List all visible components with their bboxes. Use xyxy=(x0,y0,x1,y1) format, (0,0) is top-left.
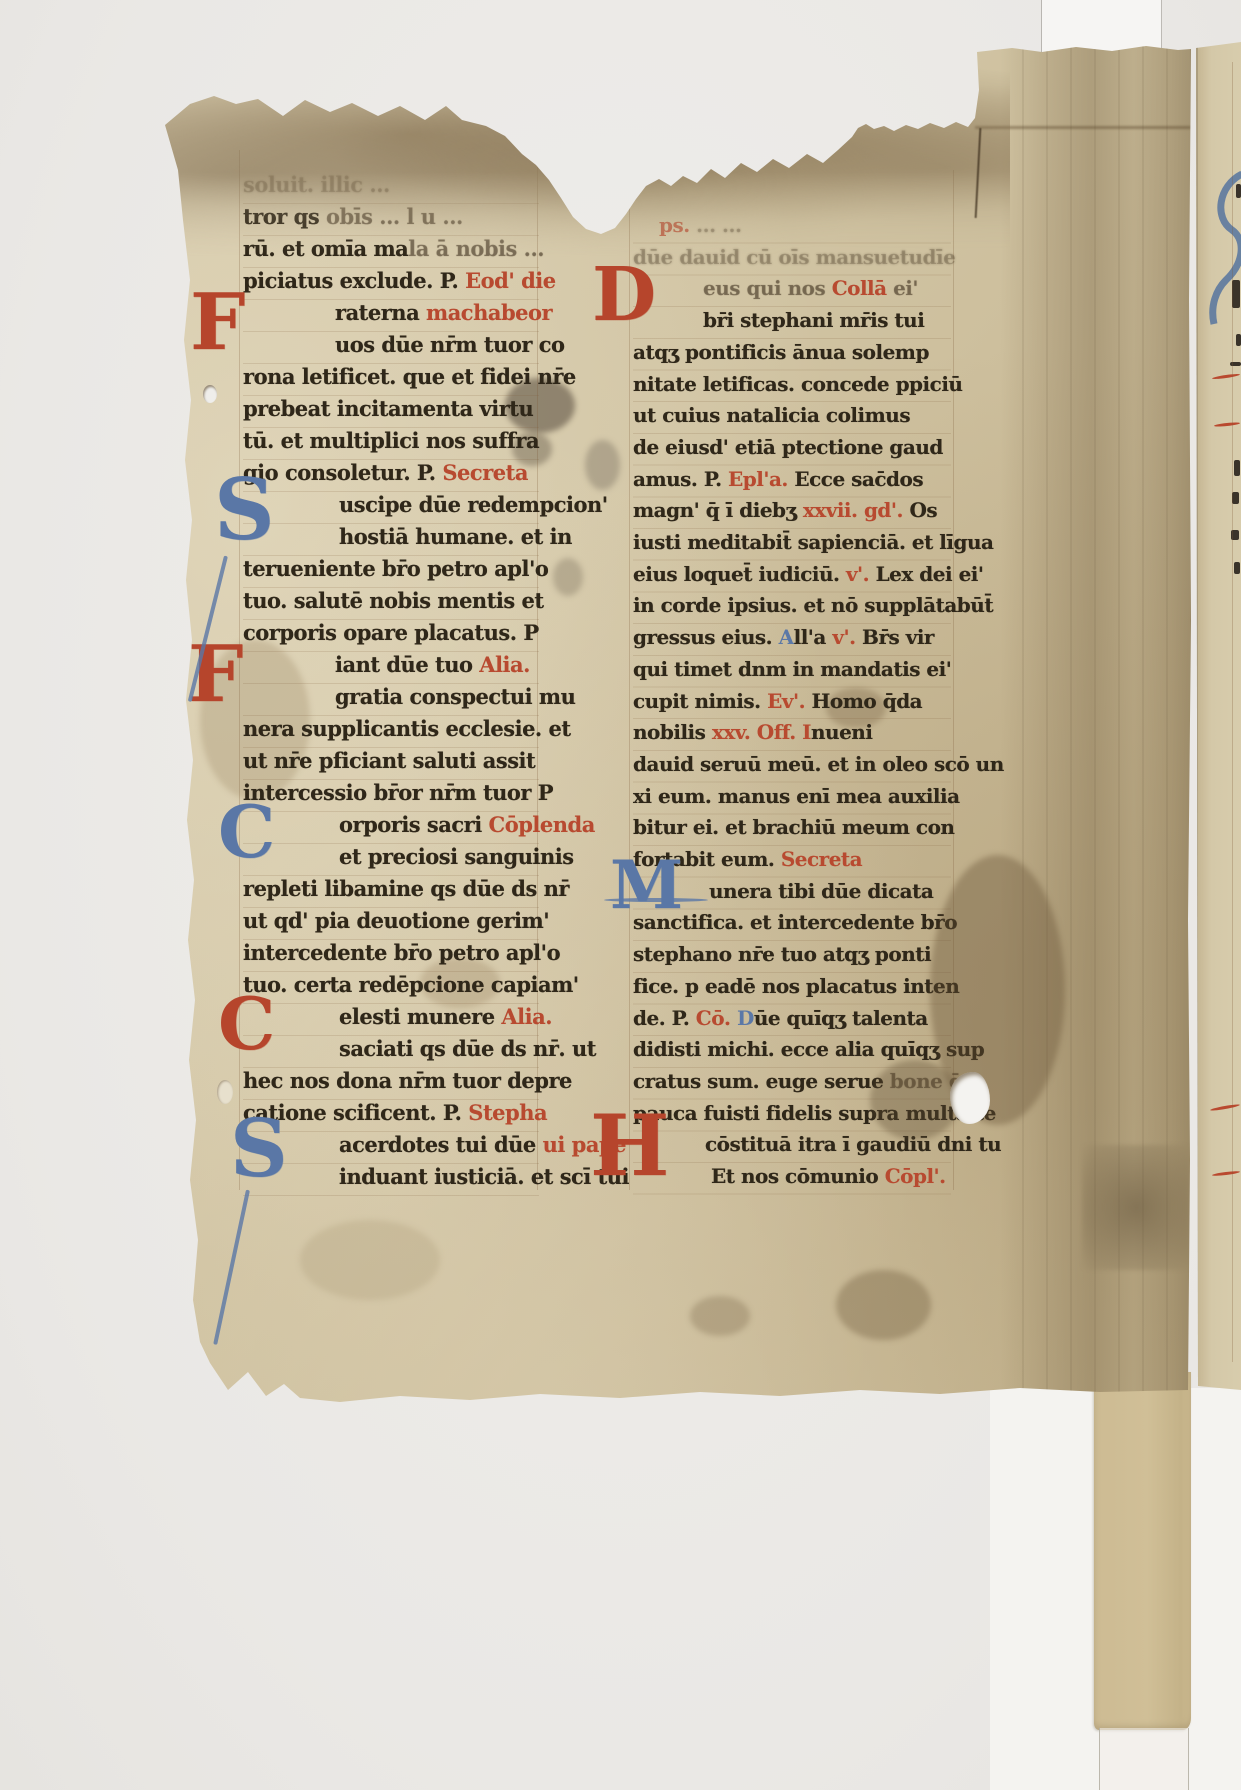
text-line: induant iusticiā. et scī tui xyxy=(339,1164,629,1194)
text-line: tuo. salutē nobis mentis et xyxy=(243,588,544,618)
text-line: orporis sacri Cōplenda xyxy=(339,812,595,842)
body-text: dauid seruū meū. et in oleo scō un xyxy=(633,752,1004,776)
glue-residue-patch xyxy=(1082,1145,1190,1270)
column-right: ps. ... ...dūe dauid cū oīs mansuetudīee… xyxy=(633,212,951,1201)
body-text: qui timet dnm in mandatis ei' xyxy=(633,657,951,681)
illuminated-initial-s: S xyxy=(214,472,275,548)
text-line: nobilis xxv. Off. Inueni xyxy=(633,719,872,749)
ruling-line xyxy=(1232,62,1233,1362)
rubric-text: Collā xyxy=(832,276,887,300)
text-line: tuo. certa redēpcione capiam' xyxy=(243,972,579,1002)
body-text: fice. p eadē nos placatus inten xyxy=(633,974,959,998)
body-text: xi eum. manus enī mea auxilia xyxy=(633,784,960,808)
body-text: cōstituā itra ī gaudiū dni tu xyxy=(705,1132,1001,1156)
parchment-hole xyxy=(950,1072,990,1124)
tan-mount-strip-edge xyxy=(1099,1728,1189,1790)
rubric-text: Epl'a. xyxy=(728,467,788,491)
body-text: didisti michi. ecce alia quīqʒ sup xyxy=(633,1037,984,1061)
body-text: elesti munere xyxy=(339,1004,501,1029)
body-text: nitate letificas. concede ppiciū xyxy=(633,372,962,396)
text-line: intercessio br̄or nr̄m tuor P xyxy=(243,780,553,810)
body-text: intercessio br̄or nr̄m tuor P xyxy=(243,780,553,805)
text-line: atqʒ pontificis ānua solemp xyxy=(633,339,929,369)
text-line: nera supplicantis ecclesie. et xyxy=(243,716,571,746)
body-text: atqʒ pontificis ānua solemp xyxy=(633,340,929,364)
text-line: dauid seruū meū. et in oleo scō un xyxy=(633,751,1004,781)
body-text: magn' q̄ ī diebʒ xyxy=(633,498,803,522)
stain xyxy=(836,1270,931,1340)
stain xyxy=(690,1296,750,1336)
body-text: tuo. certa redēpcione capiam' xyxy=(243,972,579,997)
body-text: de eiusd' etiā ptectione gaud xyxy=(633,435,943,459)
body-text: hostiā humane. et in xyxy=(339,524,572,549)
body-text: tuo. salutē nobis mentis et xyxy=(243,588,544,613)
text-line: piciatus exclude. P. Eod' die xyxy=(243,268,556,298)
stain xyxy=(870,1060,960,1140)
text-fragment xyxy=(1234,562,1240,574)
illuminated-initial-c: C xyxy=(218,800,275,865)
text-line: raterna machabeor xyxy=(335,300,552,330)
text-fragment xyxy=(1236,184,1241,198)
body-text: nueni xyxy=(811,720,872,744)
text-line: hostiā humane. et in xyxy=(339,524,572,554)
text-line: gio consoletur. P. Secreta xyxy=(243,460,528,490)
text-line: stephano nr̄e tuo atqʒ ponti xyxy=(633,941,931,971)
text-fragment xyxy=(1232,280,1240,308)
manuscript-photo: soluit. illic ...tror qs obīs ... l u ..… xyxy=(0,0,1241,1790)
body-text: Ecce sac̄dos xyxy=(788,467,923,491)
text-line: rona letificet. que et fidei nr̄e xyxy=(243,364,576,394)
body-text: bitur ei. et brachiū meum con xyxy=(633,815,954,839)
rubric-text: Eod' die xyxy=(465,268,555,293)
body-text: raterna xyxy=(335,300,426,325)
stain xyxy=(300,1220,440,1300)
text-line: nitate letificas. concede ppiciū xyxy=(633,371,962,401)
text-line: acerdotes tui dūe ui pape xyxy=(339,1132,626,1162)
body-text: orporis sacri xyxy=(339,812,489,837)
text-line: amus. P. Epl'a. Ecce sac̄dos xyxy=(633,466,923,496)
text-line: prebeat incitamenta virtu xyxy=(243,396,533,426)
text-line: cōstituā itra ī gaudiū dni tu xyxy=(705,1131,1001,1161)
body-text: repleti libamine qs dūe ds nr̄ xyxy=(243,876,569,901)
body-text: Os xyxy=(903,498,937,522)
body-text: stephano nr̄e tuo atqʒ ponti xyxy=(633,942,931,966)
body-text: ut qd' pia deuotione gerim' xyxy=(243,908,549,933)
body-text: et preciosi sanguinis xyxy=(339,844,574,869)
rubric-text: Cōplenda xyxy=(489,812,595,837)
body-text: piciatus exclude. P. xyxy=(243,268,465,293)
text-line: elesti munere Alia. xyxy=(339,1004,552,1034)
body-text: corporis opare placatus. P xyxy=(243,620,539,645)
red-text-fragment xyxy=(1214,422,1240,428)
text-line: gratia conspectui mu xyxy=(335,684,575,714)
wormhole xyxy=(203,385,217,403)
text-line: Et nos cōmunio Cōpl'. xyxy=(711,1163,946,1193)
body-text: iant dūe tuo xyxy=(335,652,479,677)
text-line: eius loquet̄ iudiciū. v'. Lex dei ei' xyxy=(633,561,984,591)
body-text: ut cuius natalicia colimus xyxy=(633,403,910,427)
text-line: gressus eius. All'a v'. Br̄s vir xyxy=(633,624,934,654)
text-fragment xyxy=(1232,492,1239,504)
rubric-text: Stepha xyxy=(468,1100,547,1125)
rubric-text: Secreta xyxy=(781,847,862,871)
illuminated-initial-f: F xyxy=(190,288,245,358)
body-text: Homo q̄da xyxy=(805,689,922,713)
text-line: catione scificent. P. Stepha xyxy=(243,1100,547,1130)
body-text: Br̄s vir xyxy=(856,625,934,649)
body-text: hec nos dona nr̄m tuor depre xyxy=(243,1068,572,1093)
body-text: D xyxy=(737,1006,754,1030)
text-line: intercedente br̄o petro apl'o xyxy=(243,940,560,970)
body-text: A xyxy=(779,625,794,649)
rubric-text: Alia. xyxy=(501,1004,552,1029)
body-text: in corde ipsius. et nō supplātabūt̄ xyxy=(633,593,993,617)
body-text: amus. P. xyxy=(633,467,728,491)
text-line: qui timet dnm in mandatis ei' xyxy=(633,656,951,686)
text-line: et preciosi sanguinis xyxy=(339,844,574,874)
tan-mount-strip xyxy=(1094,1372,1191,1730)
text-line: repleti libamine qs dūe ds nr̄ xyxy=(243,876,569,906)
illuminated-initial-h: H xyxy=(590,1108,669,1184)
text-line: ut cuius natalicia colimus xyxy=(633,402,910,432)
body-text: acerdotes tui dūe xyxy=(339,1132,543,1157)
body-text: unera tibi dūe dicata xyxy=(709,879,933,903)
text-line: de eiusd' etiā ptectione gaud xyxy=(633,434,943,464)
scraped-patch xyxy=(217,1080,233,1104)
text-line: fice. p eadē nos placatus inten xyxy=(633,973,959,1003)
body-text: prebeat incitamenta virtu xyxy=(243,396,533,421)
initial-flourish xyxy=(213,1190,250,1345)
text-line: in corde ipsius. et nō supplātabūt̄ xyxy=(633,592,993,622)
body-text: uos dūe nr̄m tuor co xyxy=(335,332,565,357)
text-line: hec nos dona nr̄m tuor depre xyxy=(243,1068,572,1098)
rubric-text: machabeor xyxy=(426,300,552,325)
body-text: intercedente br̄o petro apl'o xyxy=(243,940,560,965)
text-fragment xyxy=(1234,460,1240,476)
body-text: br̄i stephani mr̄is tui xyxy=(703,308,924,332)
text-line: de. P. Cō. Dūe quīqʒ talenta xyxy=(633,1005,928,1035)
body-text: nera supplicantis ecclesie. et xyxy=(243,716,571,741)
body-text: ll'a xyxy=(794,625,833,649)
text-line: unera tibi dūe dicata xyxy=(709,878,933,908)
initial-flourish xyxy=(604,898,708,902)
darkened-top-edge xyxy=(150,45,1010,257)
red-text-fragment xyxy=(1210,1103,1240,1111)
text-line: iant dūe tuo Alia. xyxy=(335,652,530,682)
illuminated-initial-d: D xyxy=(592,262,656,329)
body-text: gressus eius. xyxy=(633,625,779,649)
text-line: br̄i stephani mr̄is tui xyxy=(703,307,924,337)
text-line: bitur ei. et brachiū meum con xyxy=(633,814,954,844)
body-text: rona letificet. que et fidei nr̄e xyxy=(243,364,576,389)
text-line: terueniente br̄o petro apl'o xyxy=(243,556,548,586)
text-line: ut nr̄e pficiant saluti assit xyxy=(243,748,535,778)
body-text: tū. et multiplici nos suffra xyxy=(243,428,539,453)
illuminated-initial-m: M xyxy=(610,856,683,915)
text-line: uscipe dūe redempcion' xyxy=(339,492,608,522)
rubric-text: Alia. xyxy=(479,652,530,677)
text-line: tū. et multiplici nos suffra xyxy=(243,428,539,458)
body-text: uscipe dūe redempcion' xyxy=(339,492,608,517)
body-text: nobilis xyxy=(633,720,712,744)
text-line: ut qd' pia deuotione gerim' xyxy=(243,908,549,938)
body-text: induant iusticiā. et scī tui xyxy=(339,1164,629,1189)
text-line: iusti meditabit̄ sapienciā. et līgua xyxy=(633,529,993,559)
text-line: cupit nimis. Ev'. Homo q̄da xyxy=(633,688,922,718)
body-text: terueniente br̄o petro apl'o xyxy=(243,556,548,581)
body-text: Lex dei ei' xyxy=(869,562,983,586)
body-text: gratia conspectui mu xyxy=(335,684,575,709)
body-text: de. P. xyxy=(633,1006,696,1030)
body-text: ūe quīqʒ talenta xyxy=(754,1006,928,1030)
rubric-text: xxv. Off. I xyxy=(712,720,811,744)
body-text: eus qui nos xyxy=(703,276,832,300)
rubric-text: v'. xyxy=(832,625,855,649)
body-text: Et nos cōmunio xyxy=(711,1164,885,1188)
text-line: xi eum. manus enī mea auxilia xyxy=(633,783,960,813)
illuminated-initial-c: C xyxy=(218,992,275,1057)
text-line: magn' q̄ ī diebʒ xxvii. gd'. Os xyxy=(633,497,937,527)
red-text-fragment xyxy=(1212,373,1240,380)
white-mount-strip-top xyxy=(1041,0,1162,52)
rubric-text: Secreta xyxy=(442,460,528,485)
rubric-text: v'. xyxy=(846,562,869,586)
body-text: iusti meditabit̄ sapienciā. et līgua xyxy=(633,530,993,554)
text-line: saciati qs dūe ds nr̄. ut xyxy=(339,1036,596,1066)
rubric-text: Cō. xyxy=(696,1006,737,1030)
stain xyxy=(553,558,583,596)
body-text: eius loquet̄ iudiciū. xyxy=(633,562,846,586)
body-text: ei' xyxy=(887,276,918,300)
text-line: didisti michi. ecce alia quīqʒ sup xyxy=(633,1036,984,1066)
column-left: soluit. illic ...tror qs obīs ... l u ..… xyxy=(243,172,539,1202)
stain xyxy=(585,440,620,490)
red-text-fragment xyxy=(1212,1170,1240,1176)
body-text: saciati qs dūe ds nr̄. ut xyxy=(339,1036,596,1061)
illuminated-initial-s: S xyxy=(230,1112,288,1184)
adjacent-leaf-sliver xyxy=(1196,42,1241,1390)
body-text: ut nr̄e pficiant saluti assit xyxy=(243,748,535,773)
body-text: cupit nimis. xyxy=(633,689,767,713)
text-line: corporis opare placatus. P xyxy=(243,620,539,650)
text-line: eus qui nos Collā ei' xyxy=(703,275,918,305)
rubric-text: Cōpl'. xyxy=(885,1164,946,1188)
body-text: cratus sum. euge serue xyxy=(633,1069,890,1093)
rubric-text: xxvii. gd'. xyxy=(803,498,903,522)
text-line: uos dūe nr̄m tuor co xyxy=(335,332,565,362)
rubric-text: Ev'. xyxy=(767,689,805,713)
text-fragment xyxy=(1236,334,1241,346)
